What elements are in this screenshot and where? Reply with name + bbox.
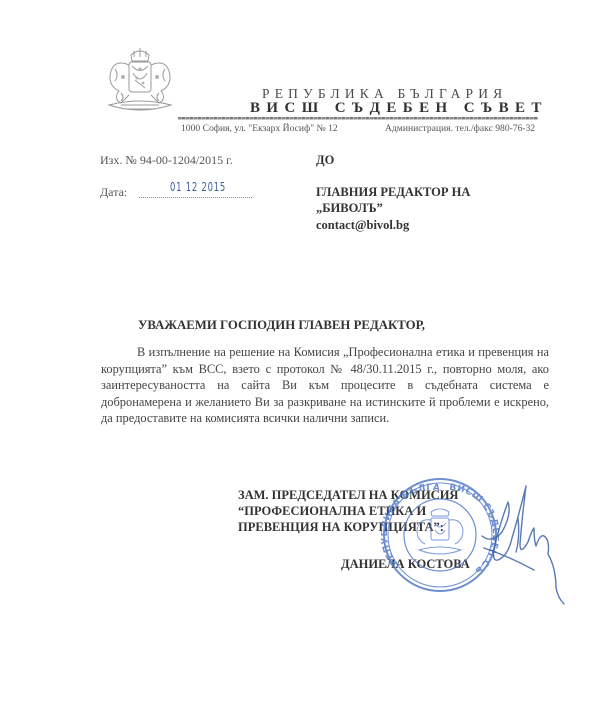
signatory-title-line-2: “ПРОФЕСИОНАЛНА ЕТИКА И	[238, 503, 458, 519]
letter-body: В изпълнение на решение на Комисия „Проф…	[101, 344, 549, 427]
date-stamp-value: 01 12 2015	[170, 180, 226, 194]
handwritten-signature-icon	[478, 478, 588, 608]
date-dotted-line	[139, 196, 252, 198]
date-label: Дата:	[100, 185, 127, 200]
institution-title: ВИСШ СЪДЕБЕН СЪВЕТ	[250, 100, 548, 117]
addressee-email: contact@bivol.bg	[316, 218, 409, 233]
signatory-title-line-3: ПРЕВЕНЦИЯ НА КОРУПЦИЯТА”:	[238, 519, 458, 535]
signatory-name: ДАНИЕЛА КОСТОВА	[341, 557, 470, 572]
addressee-title: ГЛАВНИЯ РЕДАКТОР НА	[316, 185, 470, 200]
signatory-title-line-1: ЗАМ. ПРЕДСЕДАТЕЛ НА КОМИСИЯ	[238, 487, 458, 503]
institution-address: 1000 София, ул. "Екзарх Йосиф" № 12	[181, 123, 338, 134]
addressee-to-label: ДО	[316, 153, 334, 168]
signatory-title: ЗАМ. ПРЕДСЕДАТЕЛ НА КОМИСИЯ “ПРОФЕСИОНАЛ…	[238, 487, 458, 535]
letter-salutation: УВАЖАЕМИ ГОСПОДИН ГЛАВЕН РЕДАКТОР,	[138, 318, 425, 333]
outgoing-reference-number: Изх. № 94-00-1204/2015 г.	[100, 153, 233, 168]
bulgarian-coat-of-arms-icon	[101, 45, 179, 117]
header-divider-shadow	[178, 119, 538, 120]
addressee-organization: „БИВОЛЪ”	[316, 201, 383, 216]
institution-contact: Администрация. тел./факс 980-76-32	[385, 123, 535, 134]
